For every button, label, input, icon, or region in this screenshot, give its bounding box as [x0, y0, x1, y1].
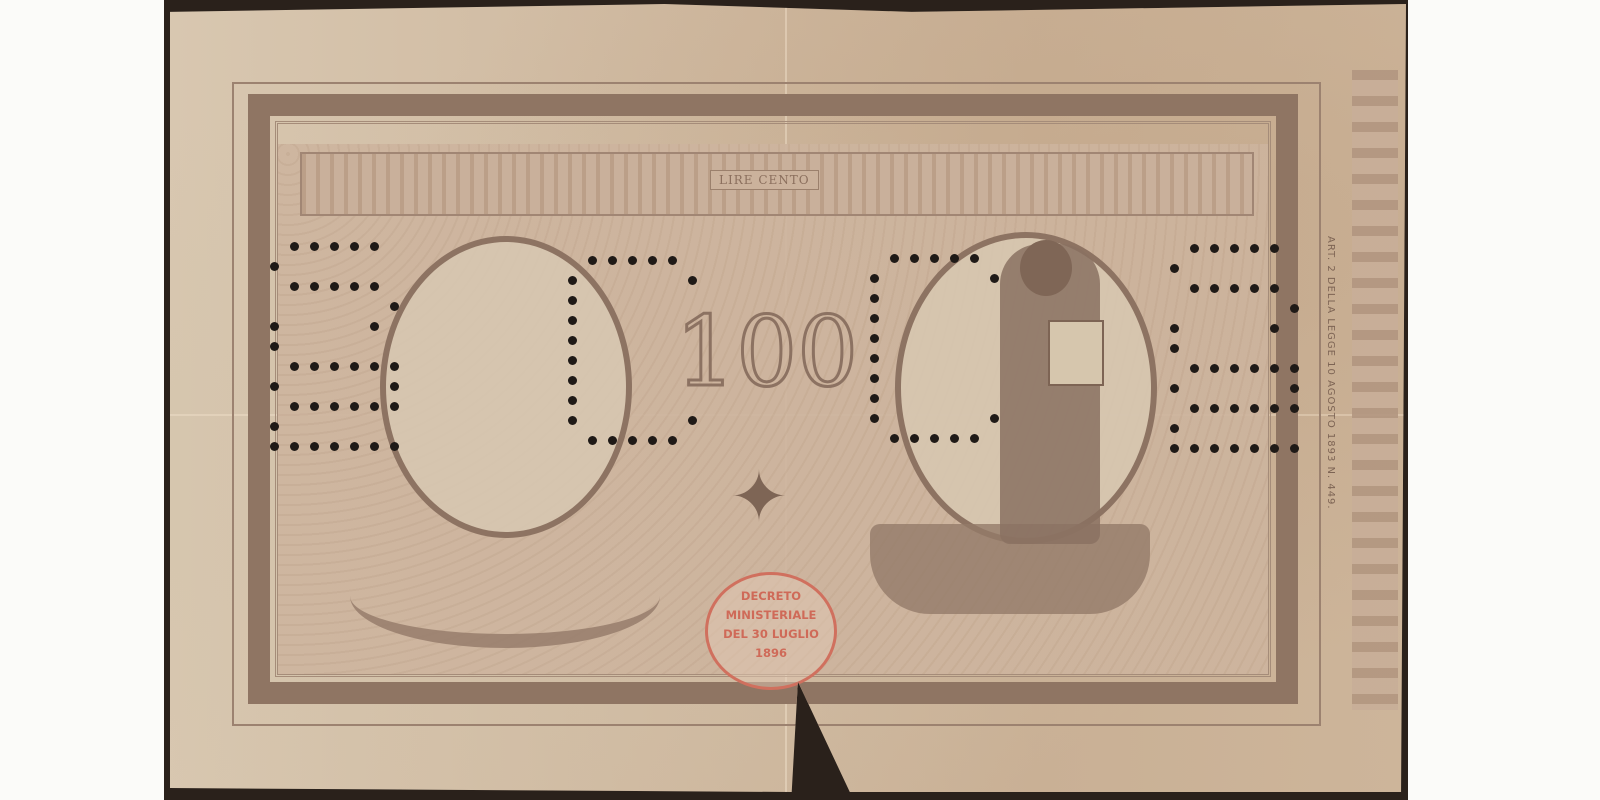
- perforation-hole: [370, 402, 379, 411]
- perforation-hole: [1190, 364, 1199, 373]
- eagle-emblem-icon: ✦: [714, 452, 804, 542]
- perforation-hole: [370, 362, 379, 371]
- perforation-hole: [588, 256, 597, 265]
- open-book: [1048, 320, 1104, 386]
- perforation-hole: [370, 282, 379, 291]
- perforation-hole: [1170, 424, 1179, 433]
- perforation-hole: [1230, 284, 1239, 293]
- perforation-hole: [1270, 284, 1279, 293]
- perforation-hole: [568, 336, 577, 345]
- red-decree-stamp: DECRETO MINISTERIALE DEL 30 LUGLIO 1896: [705, 572, 837, 690]
- stamp-line-1: DECRETO: [708, 587, 834, 606]
- perforation-hole: [1170, 324, 1179, 333]
- perforation-hole: [568, 296, 577, 305]
- perforation-hole: [930, 254, 939, 263]
- perforation-hole: [950, 254, 959, 263]
- perforation-hole: [870, 414, 879, 423]
- denomination-label: LIRE CENTO: [710, 170, 819, 190]
- perforation-hole: [870, 334, 879, 343]
- perforation-hole: [1190, 404, 1199, 413]
- perforation-hole: [568, 316, 577, 325]
- perforation-hole: [1230, 244, 1239, 253]
- perforation-hole: [568, 356, 577, 365]
- perforation-hole: [310, 442, 319, 451]
- perforation-hole: [668, 436, 677, 445]
- perforation-hole: [290, 402, 299, 411]
- perforation-hole: [1290, 404, 1299, 413]
- perforation-hole: [1270, 444, 1279, 453]
- stamp-line-2: MINISTERIALE: [708, 606, 834, 625]
- perforation-hole: [330, 282, 339, 291]
- perforation-hole: [688, 276, 697, 285]
- perforation-hole: [390, 302, 399, 311]
- perforation-hole: [1190, 244, 1199, 253]
- perforation-hole: [990, 274, 999, 283]
- perforation-hole: [1190, 284, 1199, 293]
- perforation-hole: [1290, 444, 1299, 453]
- perforation-hole: [390, 402, 399, 411]
- perforation-hole: [390, 442, 399, 451]
- perforation-hole: [1170, 264, 1179, 273]
- perforation-hole: [310, 242, 319, 251]
- perforation-hole: [350, 242, 359, 251]
- perforation-hole: [310, 362, 319, 371]
- perforation-hole: [668, 256, 677, 265]
- perforation-hole: [890, 254, 899, 263]
- perforation-hole: [1210, 284, 1219, 293]
- perforation-hole: [310, 282, 319, 291]
- perforation-hole: [1290, 364, 1299, 373]
- right-ornamental-strip: [1352, 70, 1398, 710]
- perforation-hole: [290, 282, 299, 291]
- perforation-hole: [350, 402, 359, 411]
- perforation-hole: [628, 256, 637, 265]
- perforation-hole: [1250, 404, 1259, 413]
- perforation-hole: [290, 242, 299, 251]
- perforation-hole: [350, 442, 359, 451]
- perforation-hole: [350, 362, 359, 371]
- perforation-hole: [1270, 324, 1279, 333]
- perforation-hole: [270, 442, 279, 451]
- perforation-hole: [588, 436, 597, 445]
- perforation-hole: [1270, 244, 1279, 253]
- perforation-hole: [608, 436, 617, 445]
- perforation-hole: [390, 382, 399, 391]
- perforation-hole: [910, 254, 919, 263]
- perforation-hole: [1250, 284, 1259, 293]
- figure-head: [1020, 240, 1072, 296]
- perforation-hole: [370, 242, 379, 251]
- perforation-hole: [930, 434, 939, 443]
- perforation-hole: [1210, 244, 1219, 253]
- perforation-hole: [970, 434, 979, 443]
- perforation-hole: [870, 314, 879, 323]
- perforation-hole: [688, 416, 697, 425]
- perforation-hole: [390, 362, 399, 371]
- perforation-hole: [270, 342, 279, 351]
- perforation-hole: [330, 402, 339, 411]
- perforation-hole: [1170, 444, 1179, 453]
- perforation-hole: [1230, 364, 1239, 373]
- perforation-hole: [1170, 384, 1179, 393]
- perforation-hole: [330, 362, 339, 371]
- perforation-hole: [970, 254, 979, 263]
- perforation-hole: [628, 436, 637, 445]
- perforation-hole: [950, 434, 959, 443]
- perforation-hole: [870, 394, 879, 403]
- perforation-hole: [648, 436, 657, 445]
- perforation-hole: [568, 276, 577, 285]
- perforation-hole: [330, 242, 339, 251]
- perforation-hole: [270, 322, 279, 331]
- perforation-hole: [1250, 444, 1259, 453]
- perforation-hole: [290, 362, 299, 371]
- perforation-hole: [270, 382, 279, 391]
- perforation-hole: [910, 434, 919, 443]
- vertical-legal-text: ART. 2 DELLA LEGGE 10 AGOSTO 1893 N. 449…: [1325, 236, 1336, 510]
- perforation-hole: [1270, 404, 1279, 413]
- perforation-hole: [1270, 364, 1279, 373]
- perforation-hole: [310, 402, 319, 411]
- perforation-hole: [870, 374, 879, 383]
- perforation-hole: [1290, 304, 1299, 313]
- perforation-hole: [370, 322, 379, 331]
- garland-ornament: [350, 544, 660, 648]
- perforation-hole: [1210, 364, 1219, 373]
- perforation-hole: [870, 274, 879, 283]
- perforation-hole: [1170, 344, 1179, 353]
- perforation-hole: [568, 416, 577, 425]
- perforation-hole: [568, 396, 577, 405]
- left-watermark-oval: [380, 236, 632, 538]
- denomination-numeral: 100: [675, 304, 858, 400]
- perforation-hole: [290, 442, 299, 451]
- perforation-hole: [270, 422, 279, 431]
- banknote: LIRE CENTO 100 ✦ DECRETO MINISTERIALE DE…: [170, 4, 1406, 792]
- perforation-hole: [370, 442, 379, 451]
- perforation-hole: [1230, 444, 1239, 453]
- perforation-hole: [648, 256, 657, 265]
- perforation-hole: [1230, 404, 1239, 413]
- perforation-hole: [1210, 444, 1219, 453]
- perforation-hole: [270, 262, 279, 271]
- perforation-hole: [890, 434, 899, 443]
- perforation-hole: [1210, 404, 1219, 413]
- perforation-hole: [870, 294, 879, 303]
- perforation-hole: [870, 354, 879, 363]
- perforation-hole: [330, 442, 339, 451]
- perforation-hole: [990, 414, 999, 423]
- perforation-hole: [1250, 244, 1259, 253]
- stamp-line-4: 1896: [708, 644, 834, 663]
- perforation-hole: [568, 376, 577, 385]
- perforation-hole: [1190, 444, 1199, 453]
- perforation-hole: [1250, 364, 1259, 373]
- perforation-hole: [1290, 384, 1299, 393]
- stamp-line-3: DEL 30 LUGLIO: [708, 625, 834, 644]
- perforation-hole: [350, 282, 359, 291]
- perforation-hole: [608, 256, 617, 265]
